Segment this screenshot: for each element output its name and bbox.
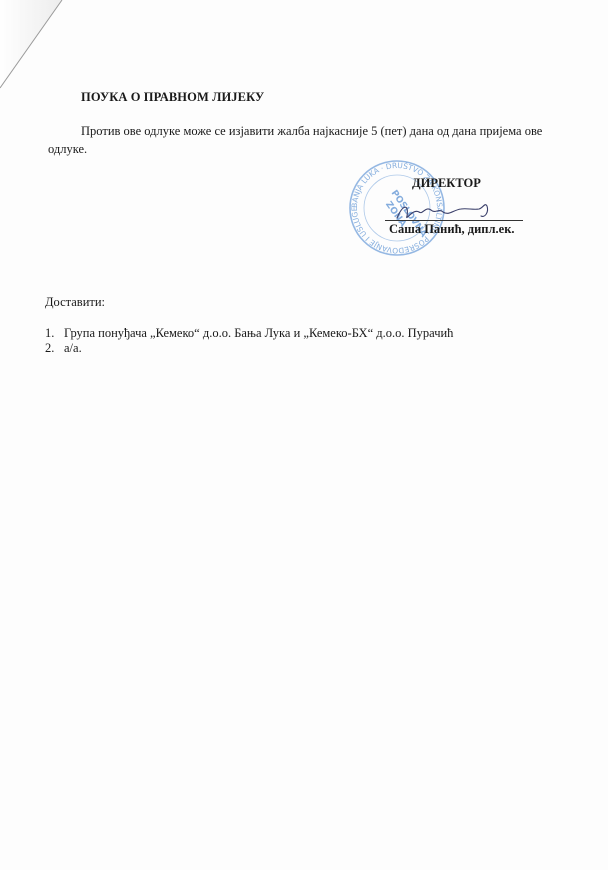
delivery-list-item: 2. а/а. bbox=[45, 341, 453, 356]
delivery-item-text: а/а. bbox=[64, 341, 82, 356]
delivery-list-item: 1. Група понуђача „Кемеко“ д.о.о. Бања Л… bbox=[45, 326, 453, 341]
document-page: ПОУКА О ПРАВНОМ ЛИЈЕКУ Против ове одлуке… bbox=[0, 0, 608, 870]
signature-line bbox=[385, 220, 523, 221]
director-title: ДИРЕКТОР bbox=[412, 176, 481, 191]
director-name: Саша Панић, дипл.ек. bbox=[389, 222, 515, 237]
delivery-label: Доставити: bbox=[45, 295, 105, 310]
legal-remedy-paragraph: Против ове одлуке може се изјавити жалба… bbox=[48, 122, 568, 158]
legal-remedy-heading: ПОУКА О ПРАВНОМ ЛИЈЕКУ bbox=[81, 90, 264, 105]
delivery-list: 1. Група понуђача „Кемеко“ д.о.о. Бања Л… bbox=[45, 326, 453, 356]
paragraph-line-1: Против ове одлуке може се изјавити жалба… bbox=[48, 122, 568, 140]
delivery-item-number: 1. bbox=[45, 326, 64, 341]
paper-fold-crease bbox=[0, 0, 70, 90]
paragraph-line-2: одлуке. bbox=[48, 140, 568, 158]
delivery-item-text: Група понуђача „Кемеко“ д.о.о. Бања Лука… bbox=[64, 326, 453, 341]
delivery-item-number: 2. bbox=[45, 341, 64, 356]
